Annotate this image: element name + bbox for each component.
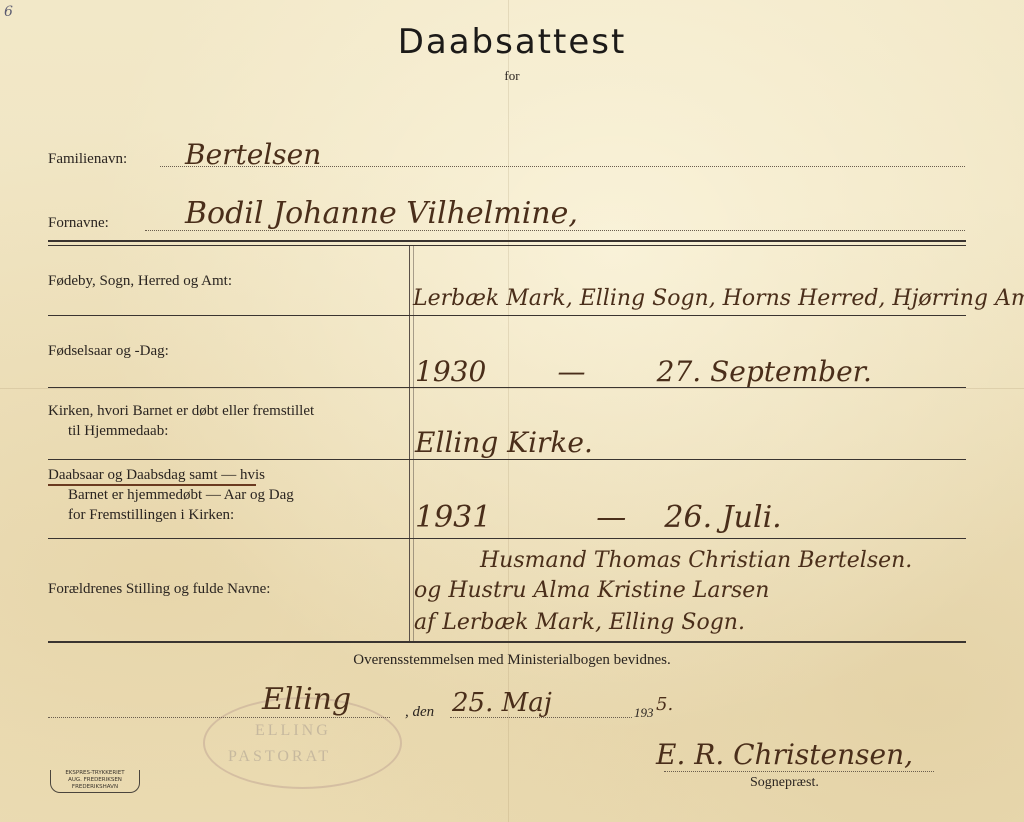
fold-line-horizontal: [0, 388, 1024, 389]
stamp-line-1: ELLING: [255, 722, 331, 740]
printer-line-2: AUG. FREDERIKSEN: [51, 777, 139, 784]
top-rule: [48, 240, 966, 242]
familienavn-label: Familienavn:: [48, 150, 127, 169]
row-parents-value-1: Husmand Thomas Christian Bertelsen.: [480, 548, 912, 573]
row-church-label-1: Kirken, hvori Barnet er døbt eller frems…: [48, 402, 314, 421]
corner-pencil-mark: 6: [4, 4, 13, 20]
row-parents-value-3: af Lerbæk Mark, Elling Sogn.: [414, 610, 745, 635]
date-year-printed: 193: [634, 703, 654, 722]
row-church-rule: [48, 459, 966, 460]
signature-dotted-line: [664, 771, 934, 772]
row-baptism-value: 1931 — 26. Juli.: [415, 500, 782, 535]
date-year-handwritten: 5.: [656, 694, 673, 715]
place-value: Elling: [262, 682, 351, 717]
row-baptism-label-1: Daabsaar og Daabsdag samt — hvis: [48, 466, 265, 485]
document-title: Daabsattest: [0, 22, 1024, 62]
place-dotted-line: [48, 717, 390, 718]
row-church-label-2: til Hjemmedaab:: [68, 422, 168, 441]
row-church-value: Elling Kirke.: [415, 426, 593, 459]
fornavne-value: Bodil Johanne Vilhelmine,: [185, 196, 578, 231]
top-rule-thin: [48, 245, 966, 246]
row-baptism-label-3: for Fremstillingen i Kirken:: [68, 506, 234, 525]
row-baptism-label-2: Barnet er hjemmedøbt — Aar og Dag: [68, 486, 294, 505]
date-value: 25. Maj: [452, 688, 552, 718]
row-birthdate-label: Fødselsaar og -Dag:: [48, 342, 169, 361]
printer-line-1: EKSPRES-TRYKKERIET: [51, 770, 139, 777]
stamp-line-2: PASTORAT: [228, 748, 331, 766]
attestation-text: Overensstemmelsen med Ministerialbogen b…: [0, 651, 1024, 670]
document-subtitle: for: [0, 68, 1024, 84]
printer-imprint: EKSPRES-TRYKKERIET AUG. FREDERIKSEN FRED…: [50, 770, 140, 793]
row-baptism-rule: [48, 538, 966, 539]
row-birthplace-label: Fødeby, Sogn, Herred og Amt:: [48, 272, 232, 291]
column-divider: [409, 246, 410, 642]
row-birthdate-value: 1930 — 27. September.: [415, 355, 872, 388]
printer-line-3: FREDERIKSHAVN: [51, 784, 139, 791]
date-prefix: , den: [405, 703, 434, 722]
fornavne-label: Fornavne:: [48, 214, 109, 233]
familienavn-value: Bertelsen: [185, 138, 321, 171]
row-parents-value-2: og Hustru Alma Kristine Larsen: [414, 578, 769, 603]
row-birthplace-value: Lerbæk Mark, Elling Sogn, Horns Herred, …: [413, 286, 1024, 311]
row-parents-label: Forældrenes Stilling og fulde Navne:: [48, 580, 270, 599]
signature-value: E. R. Christensen,: [656, 738, 913, 771]
bottom-rule: [48, 641, 966, 643]
row-birthplace-rule: [48, 315, 966, 316]
signature-title: Sognepræst.: [750, 775, 819, 791]
